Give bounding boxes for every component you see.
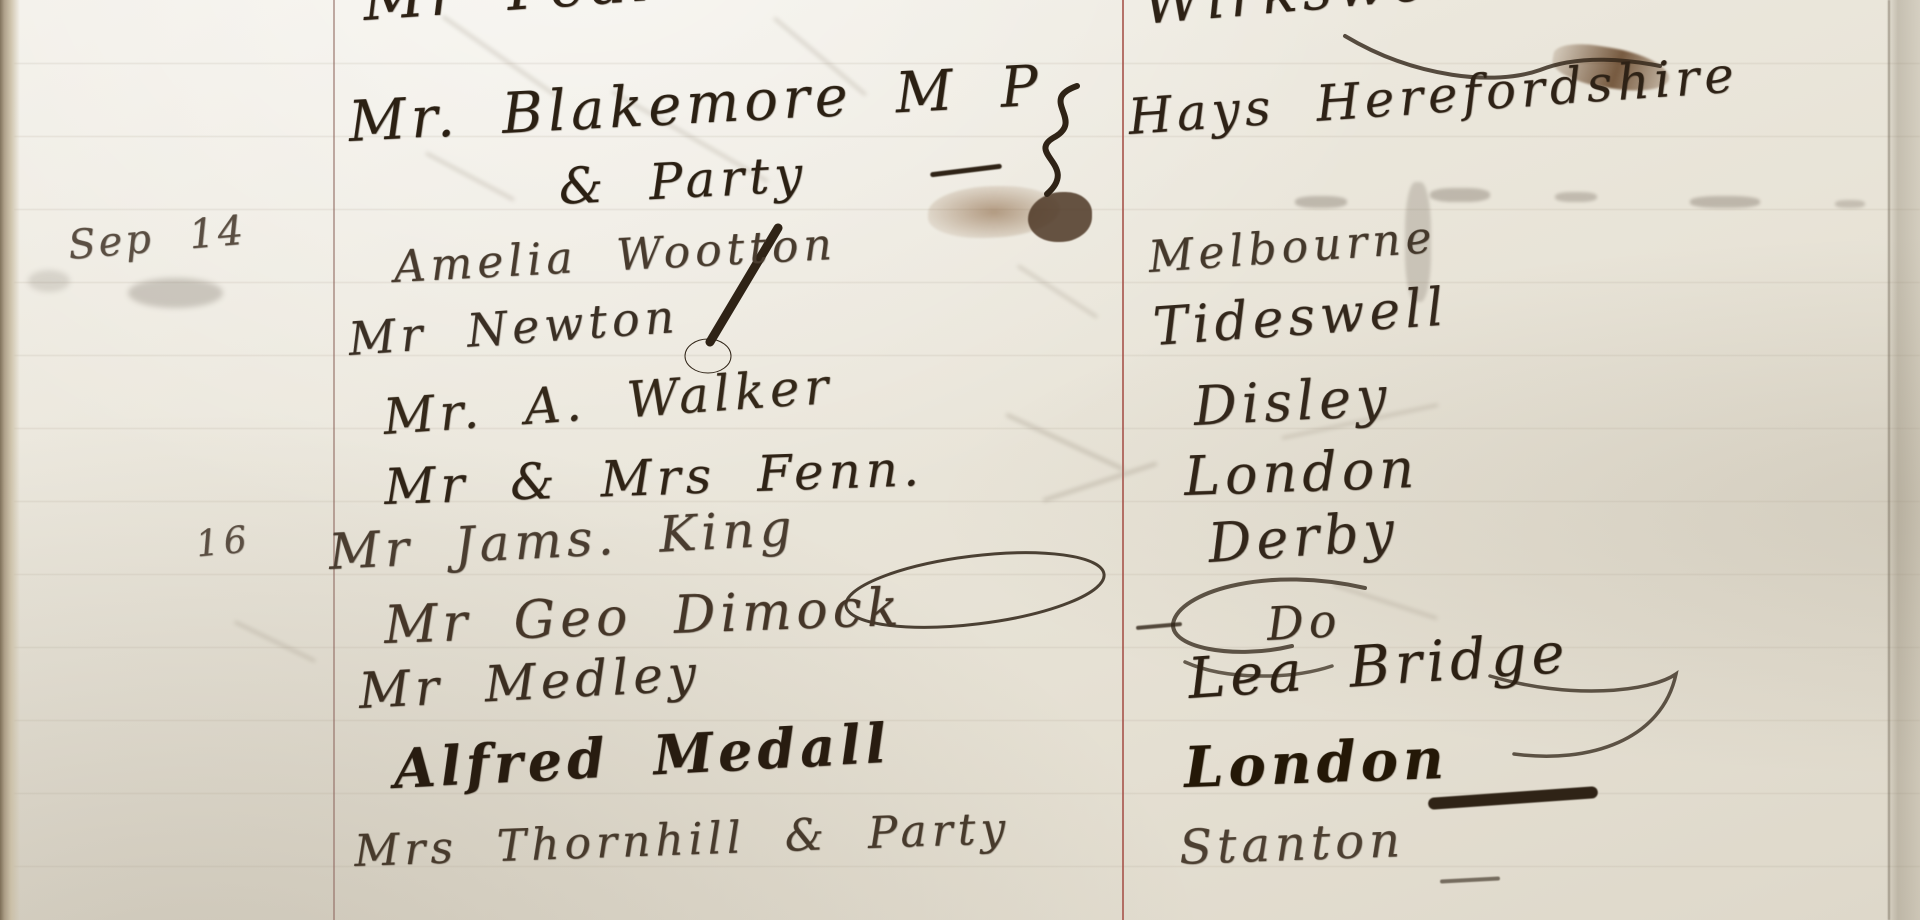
pen-dash: [930, 164, 1002, 178]
ruled-line: [14, 282, 1920, 283]
visitor-name: Alfred Medall: [392, 716, 892, 796]
visitor-residence: Derby: [1206, 504, 1400, 571]
margin-date: Sep 14: [67, 211, 248, 266]
visitor-residence: Melbourne: [1147, 216, 1438, 280]
visitor-residence: Tideswell: [1151, 282, 1450, 354]
register-page: Sep 14 16 Mr Peal & Party Mr. Blakemore …: [0, 0, 1920, 920]
ink-smudge: [128, 278, 223, 308]
visitor-name: Mr Geo Dimock: [383, 582, 904, 652]
underline-swash: [1428, 786, 1598, 810]
ruled-line: [14, 355, 1920, 356]
ink-smudge: [1555, 192, 1597, 202]
margin-date: 16: [194, 522, 253, 564]
visitor-name: Mr Peal & Party: [361, 0, 988, 30]
page-edge-right: [1886, 0, 1920, 920]
ghost-writing: [1017, 264, 1098, 318]
visitor-name: Mrs Thornhill & Party: [353, 807, 1010, 874]
ruled-line: [14, 501, 1920, 502]
page-edge-left: [0, 0, 20, 920]
ghost-writing: [425, 152, 515, 202]
visitor-residence: Stanton: [1178, 816, 1405, 872]
visitor-name: Mr Medley: [357, 648, 702, 716]
ink-smudge: [1835, 200, 1865, 208]
pen-dash: [1440, 876, 1500, 883]
ruled-line: [14, 428, 1920, 429]
visitor-residence: London: [1183, 731, 1449, 796]
ruled-line: [14, 647, 1920, 648]
column-divider-right: [1122, 0, 1124, 920]
visitor-residence: Disley: [1192, 370, 1393, 434]
ruled-line: [14, 136, 1920, 137]
ghost-writing: [1042, 462, 1157, 503]
ruled-line: [14, 866, 1920, 867]
ruled-line: [14, 793, 1920, 794]
visitor-name-line2: & Party: [557, 149, 808, 212]
ghost-writing: [1005, 413, 1125, 472]
brace-flourish: [1035, 82, 1095, 207]
ink-smudge: [1430, 188, 1490, 202]
ink-smudge: [1690, 196, 1760, 208]
visitor-name: Mr. A. Walker: [382, 361, 835, 442]
visitor-name: Mr Newton: [347, 293, 681, 362]
ghost-writing: [234, 620, 316, 662]
column-divider-left: [333, 0, 335, 920]
visitor-residence: London: [1183, 442, 1420, 504]
ink-smudge: [28, 270, 70, 292]
ink-smudge: [1295, 196, 1347, 208]
